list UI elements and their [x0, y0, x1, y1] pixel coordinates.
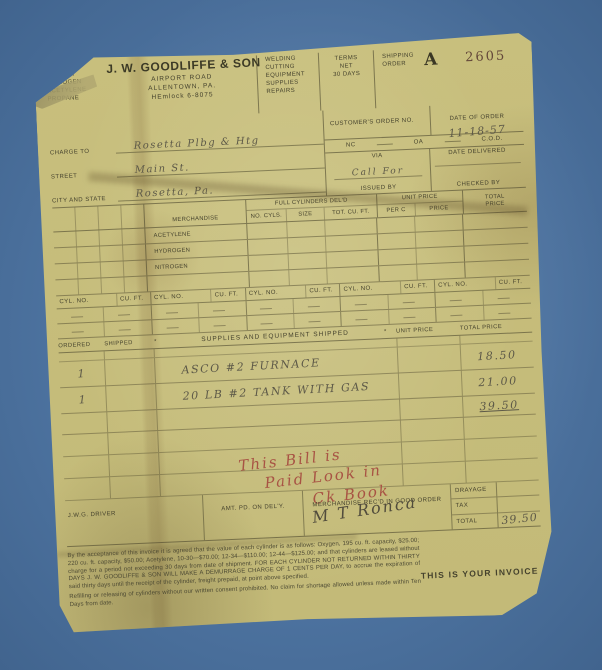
via-label: VIA [372, 153, 383, 159]
total-value: 39.50 [501, 511, 539, 527]
checked-by-label: CHECKED BY [435, 179, 522, 189]
code-oa-label: OA [414, 139, 424, 145]
terms-line: TERMS [319, 54, 373, 62]
date-of-order-cell: DATE OF ORDER 11-18-57 [431, 102, 524, 136]
city-state-label: CITY AND STATE [52, 196, 118, 205]
date-delivered-label: DATE DELIVERED [434, 147, 521, 167]
invoice-paper: OXYGEN NITROGEN ACETYLENE PROPANE J. W. … [34, 31, 557, 634]
merchandise-row-nitrogen: NITROGEN [155, 263, 188, 270]
shipping-order-series-letter: A [424, 50, 438, 71]
merchandise-row-acetylene: ACETYLENE [153, 231, 190, 239]
shipped-column-label: SHIPPED [104, 339, 154, 347]
merchandise-column-label: MERCHANDISE [172, 215, 218, 223]
size-column-label: SIZE [298, 211, 312, 218]
ordered-column-label: ORDERED [58, 341, 104, 349]
photo-background: OXYGEN NITROGEN ACETYLENE PROPANE J. W. … [0, 0, 602, 670]
service-item: CUTTING [265, 63, 318, 71]
item-ordered-qty: 1 [77, 367, 86, 380]
driver-label: J.W.G. DRIVER [68, 511, 116, 519]
total-price-column-label-line1: TOTAL [485, 194, 505, 201]
service-item: SUPPLIES [266, 79, 319, 87]
item-description: ASCO #2 FURNACE [181, 356, 321, 376]
services-list: WELDING CUTTING EQUIPMENT SUPPLIES REPAI… [256, 53, 320, 114]
this-is-your-invoice-note: THIS IS YOUR INVOICE [419, 532, 543, 594]
terms-line: 30 DAYS [320, 70, 374, 78]
tot-cu-ft-column-label: TOT. CU. FT. [332, 209, 370, 217]
terms-line: NET [319, 62, 373, 70]
no-cyls-column-label: NO. CYLS. [251, 212, 283, 219]
item-total-price: 21.00 [478, 374, 518, 389]
running-total-value: 39.50 [479, 398, 519, 413]
cu-ft-label: CU. FT. [306, 284, 341, 297]
cu-ft-label: CU. FT. [117, 292, 152, 305]
per-c-column-label: PER C [386, 207, 405, 214]
code-nc-label: NC [346, 142, 356, 148]
code-divider [377, 143, 393, 145]
cu-ft-label: CU. FT. [401, 280, 436, 293]
via-value: Call For [334, 165, 422, 180]
item-ordered-qty: 1 [79, 393, 88, 406]
item-total-price: 18.50 [477, 348, 517, 363]
gas-item: OXYGEN [46, 70, 106, 79]
shipping-order-label: SHIPPING ORDER [382, 53, 414, 68]
unit-price-column-label: UNIT PRICE [396, 325, 460, 334]
total-label: TOTAL [456, 518, 477, 525]
order-info-block: CUSTOMER'S ORDER NO. DATE OF ORDER 11-18… [322, 102, 526, 196]
terms-cell: TERMS NET 30 DAYS [318, 50, 376, 110]
delivery-cell: DATE DELIVERED CHECKED BY [430, 145, 526, 191]
item-description: 20 LB #2 TANK WITH GAS [182, 380, 370, 403]
shipping-order-label-line2: ORDER [382, 61, 414, 68]
service-item: EQUIPMENT [266, 71, 319, 79]
company-block: J. W. GOODLIFFE & SON AIRPORT ROAD ALLEN… [106, 55, 258, 119]
shipping-order-label-line1: SHIPPING [382, 53, 414, 60]
customers-order-no-label: CUSTOMER'S ORDER NO. [330, 118, 414, 128]
date-of-order-label: DATE OF ORDER [449, 114, 504, 122]
fine-print-section: By the acceptance of this invoice it is … [67, 532, 543, 609]
customer-signature: M T Ronca [311, 492, 418, 526]
cu-ft-label: CU. FT. [211, 288, 246, 301]
via-cell: VIA Call For ISSUED BY [325, 149, 431, 196]
code-divider [444, 140, 460, 142]
service-item: REPAIRS [266, 87, 319, 95]
customers-order-no-cell: CUSTOMER'S ORDER NO. [323, 106, 432, 141]
total-price-column-label: TOTAL PRICE [460, 322, 532, 331]
cu-ft-label: CU. FT. [496, 276, 531, 289]
tax-label: TAX [456, 503, 469, 510]
shipping-order-cell: SHIPPING ORDER A 2605 [374, 44, 522, 108]
star-marker: * [384, 328, 396, 335]
service-item: WELDING [265, 55, 318, 63]
shipping-order-number: 2605 [465, 49, 507, 66]
star-marker: * [154, 338, 166, 345]
issued-by-label: ISSUED BY [360, 184, 396, 192]
total-value-cell: 39.50 [498, 511, 541, 527]
supplies-table: ORDERED SHIPPED * SUPPLIES AND EQUIPMENT… [58, 319, 539, 502]
merchandise-row-hydrogen: HYDROGEN [154, 247, 190, 255]
